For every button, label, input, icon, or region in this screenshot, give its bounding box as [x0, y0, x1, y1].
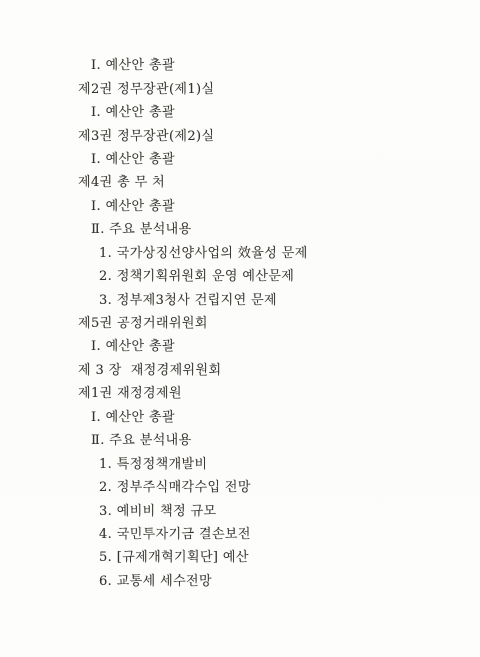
toc-line: 4. 국민투자기금 결손보전 [0, 521, 480, 544]
toc-line: Ⅱ. 주요 분석내용 [0, 427, 480, 450]
toc-line: Ⅰ. 예산안 총괄 [0, 333, 480, 356]
toc-line: Ⅱ. 주요 분석내용 [0, 216, 480, 239]
toc-line: 제4권 총 무 처 [0, 169, 480, 192]
toc-line: Ⅰ. 예산안 총괄 [0, 404, 480, 427]
toc-line: 1. 국가상징선양사업의 效율성 문제 [0, 240, 480, 263]
toc-line: 2. 정부주식매각수입 전망 [0, 474, 480, 497]
toc-line: Ⅰ. 예산안 총괄 [0, 99, 480, 122]
toc-line: Ⅰ. 예산안 총괄 [0, 146, 480, 169]
toc-line: 제5권 공정거래위원회 [0, 310, 480, 333]
toc-line: 1. 특정정책개발비 [0, 450, 480, 473]
toc-line: Ⅰ. 예산안 총괄 [0, 193, 480, 216]
toc-line: 3. 정부제3청사 건립지연 문제 [0, 286, 480, 309]
toc-line: 제3권 정무장관(제2)실 [0, 122, 480, 145]
toc-line: 제1권 재정경제원 [0, 380, 480, 403]
toc-line: 제2권 정무장관(제1)실 [0, 75, 480, 98]
toc-line: Ⅰ. 예산안 총괄 [0, 52, 480, 75]
toc-line: 2. 정책기획위원회 운영 예산문제 [0, 263, 480, 286]
toc-line: 3. 예비비 책정 규모 [0, 497, 480, 520]
toc-line: 5. [규제개혁기획단] 예산 [0, 544, 480, 567]
toc-line: 6. 교통세 세수전망 [0, 568, 480, 591]
toc-line: 제 3 장 재정경제위원회 [0, 357, 480, 380]
document-page: Ⅰ. 예산안 총괄제2권 정무장관(제1)실Ⅰ. 예산안 총괄제3권 정무장관(… [0, 0, 480, 657]
toc-list: Ⅰ. 예산안 총괄제2권 정무장관(제1)실Ⅰ. 예산안 총괄제3권 정무장관(… [0, 52, 480, 591]
